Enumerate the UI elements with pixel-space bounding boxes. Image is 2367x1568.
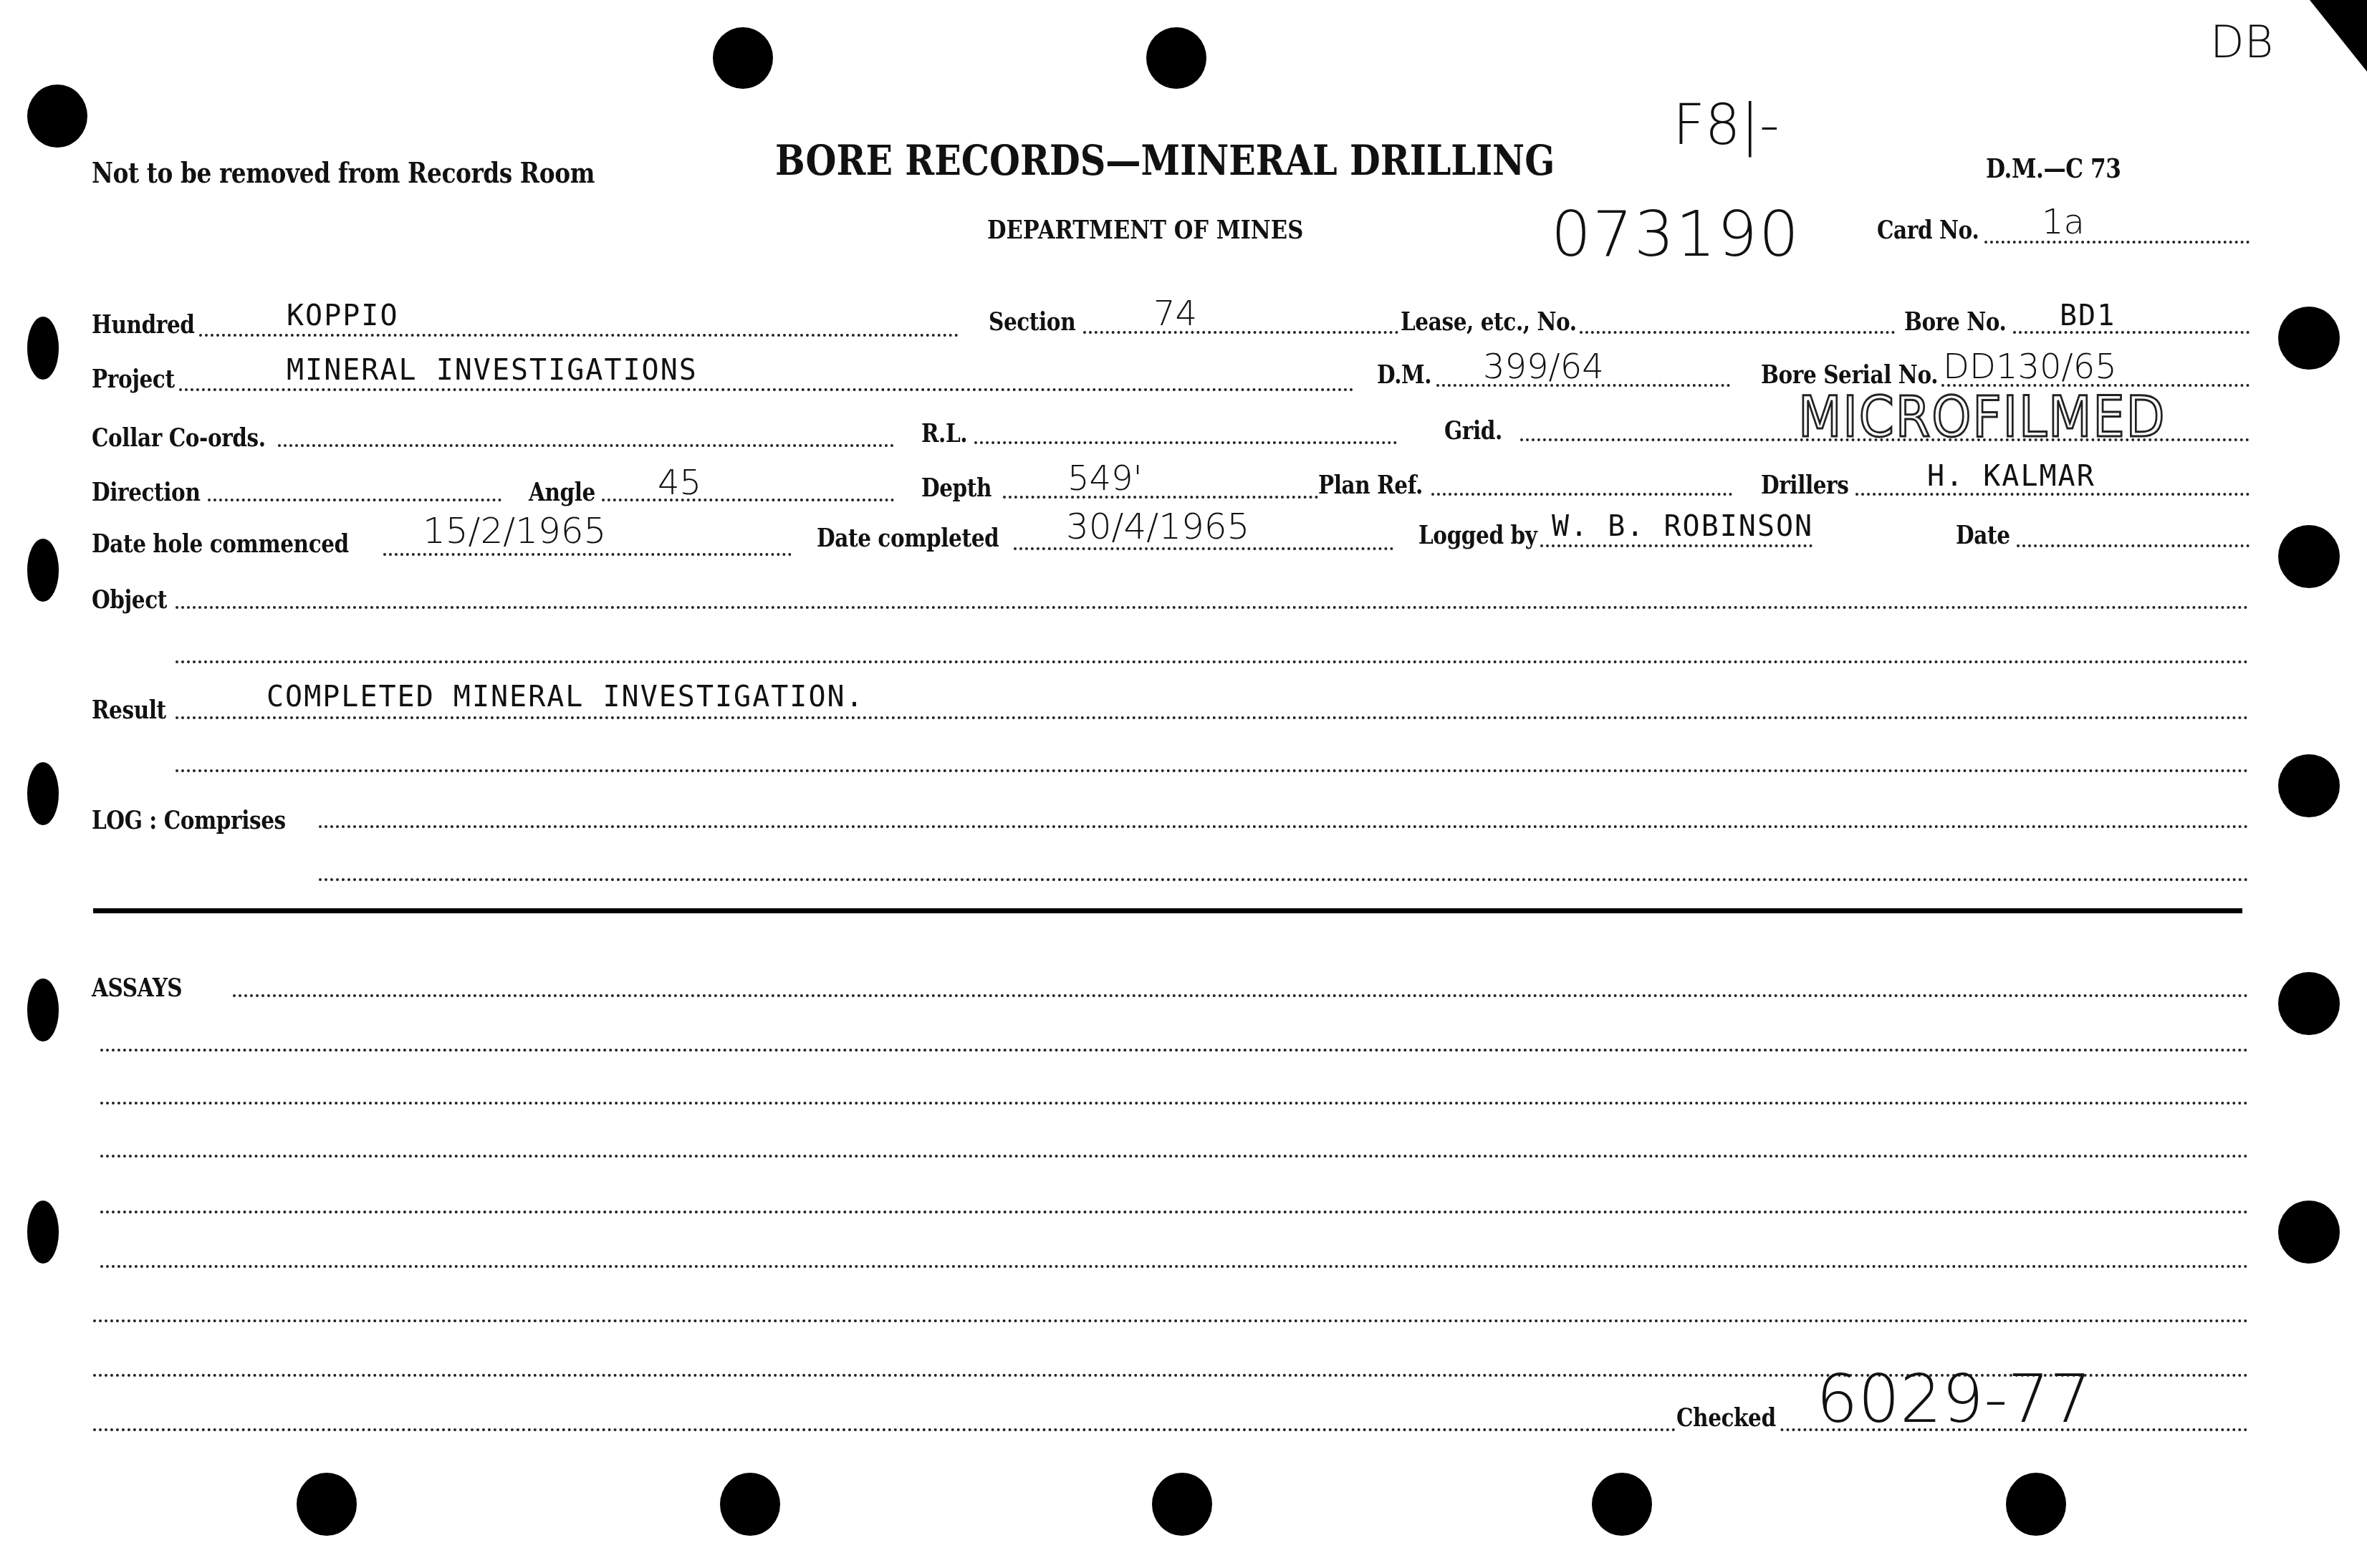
hundred-label: Hundred [92, 309, 195, 340]
result-label: Result [92, 695, 166, 725]
card-no-value: 1a [2042, 202, 2085, 242]
dm-label: D.M. [1377, 360, 1431, 390]
log-line-2[interactable] [319, 878, 2250, 881]
assays-line[interactable] [100, 1049, 2250, 1052]
object-line[interactable] [176, 606, 2250, 609]
punch-hole [2278, 1201, 2340, 1264]
logged-by-label: Logged by [1418, 520, 1537, 550]
direction-label: Direction [92, 477, 200, 507]
assays-line[interactable] [100, 1211, 2250, 1213]
object-line-2[interactable] [176, 660, 2250, 663]
hundred-line[interactable] [199, 334, 959, 337]
date-line[interactable] [2017, 544, 2250, 547]
punch-hole [2278, 307, 2340, 370]
collar-line[interactable] [278, 444, 894, 447]
project-value: MINERAL INVESTIGATIONS [287, 354, 698, 387]
bore-no-value: BD1 [2060, 299, 2116, 332]
result-value: COMPLETED MINERAL INVESTIGATION. [267, 680, 865, 713]
project-label: Project [92, 364, 175, 394]
log-line[interactable] [319, 825, 2250, 828]
card-no-label: Card No. [1877, 215, 1979, 245]
bore-serial-value: DD130/65 [1943, 347, 2117, 387]
project-line[interactable] [179, 388, 1354, 391]
punch-hole [720, 1473, 780, 1536]
punch-hole [2278, 525, 2340, 588]
result-line[interactable] [176, 716, 2250, 719]
angle-line[interactable] [602, 499, 894, 501]
section-divider [93, 908, 2242, 913]
punch-hole [1592, 1473, 1652, 1536]
grid-label: Grid. [1444, 415, 1502, 446]
assays-label: ASSAYS [92, 973, 182, 1003]
depth-line[interactable] [1003, 496, 1318, 499]
punch-hole [2278, 754, 2340, 817]
lease-line[interactable] [1580, 331, 1895, 334]
section-value: 74 [1153, 294, 1197, 334]
assays-line[interactable] [233, 994, 2250, 997]
handwritten-ref: F8|- [1673, 93, 1780, 158]
punch-hole [1146, 27, 1206, 89]
hundred-value: KOPPIO [287, 299, 399, 332]
date-commenced-line[interactable] [383, 553, 792, 556]
result-line-2[interactable] [176, 769, 2250, 772]
punch-hole [1152, 1473, 1212, 1536]
angle-label: Angle [529, 477, 595, 507]
punch-hole [27, 85, 87, 148]
assays-line[interactable] [100, 1265, 2250, 1268]
record-number: 073190 [1551, 197, 1800, 271]
card-title: BORE RECORDS—MINERAL DRILLING [775, 136, 1555, 185]
dm-value: 399/64 [1483, 347, 1604, 387]
punch-hole [27, 978, 59, 1042]
log-label: LOG : Comprises [92, 805, 286, 835]
date-completed-label: Date completed [817, 523, 999, 553]
punch-hole [27, 1201, 59, 1264]
lease-label: Lease, etc., No. [1401, 307, 1577, 337]
bore-no-label: Bore No. [1904, 307, 2006, 337]
section-label: Section [989, 307, 1075, 337]
logged-by-line[interactable] [1540, 544, 1813, 547]
collar-label: Collar Co-ords. [92, 423, 266, 453]
card-no-line [1984, 241, 2250, 244]
rl-line[interactable] [974, 441, 1397, 444]
initials: DB [2210, 16, 2273, 68]
punch-hole [2006, 1473, 2066, 1536]
rl-label: R.L. [921, 418, 967, 448]
date-completed-line[interactable] [1014, 547, 1393, 550]
logged-by-value: W. B. ROBINSON [1552, 510, 1813, 543]
form-code: D.M.—C 73 [1986, 152, 2121, 184]
drillers-label: Drillers [1761, 470, 1848, 500]
object-label: Object [92, 585, 167, 615]
microfilmed-stamp: MICROFILMED [1798, 385, 2166, 450]
assays-line[interactable] [100, 1155, 2250, 1158]
punch-hole [27, 539, 59, 602]
assays-line[interactable] [93, 1319, 2250, 1322]
department-name: DEPARTMENT OF MINES [987, 215, 1303, 245]
punch-hole [2278, 972, 2340, 1035]
section-line[interactable] [1083, 331, 1398, 334]
drillers-value: H. KALMAR [1927, 460, 2095, 493]
angle-value: 45 [658, 463, 701, 503]
punch-hole [27, 317, 59, 380]
checked-label: Checked [1676, 1403, 1780, 1433]
punch-hole [27, 762, 59, 825]
direction-line[interactable] [208, 499, 501, 501]
depth-label: Depth [921, 473, 992, 503]
plan-ref-label: Plan Ref. [1318, 470, 1423, 500]
punch-hole [713, 27, 773, 89]
checked-value: 6029-77 [1816, 1361, 2091, 1438]
bore-no-line[interactable] [2013, 331, 2250, 334]
date-commenced-label: Date hole commenced [92, 529, 349, 559]
depth-value: 549' [1067, 458, 1143, 499]
notice-text: Not to be removed from Records Room [92, 156, 595, 190]
date-label: Date [1956, 520, 2010, 550]
torn-corner [2310, 0, 2367, 72]
plan-ref-line[interactable] [1431, 493, 1732, 496]
assays-line[interactable] [100, 1102, 2250, 1105]
date-commenced-value: 15/2/1965 [423, 510, 606, 552]
drillers-line[interactable] [1855, 493, 2250, 496]
punch-hole [297, 1473, 357, 1536]
date-completed-value: 30/4/1965 [1066, 506, 1249, 547]
